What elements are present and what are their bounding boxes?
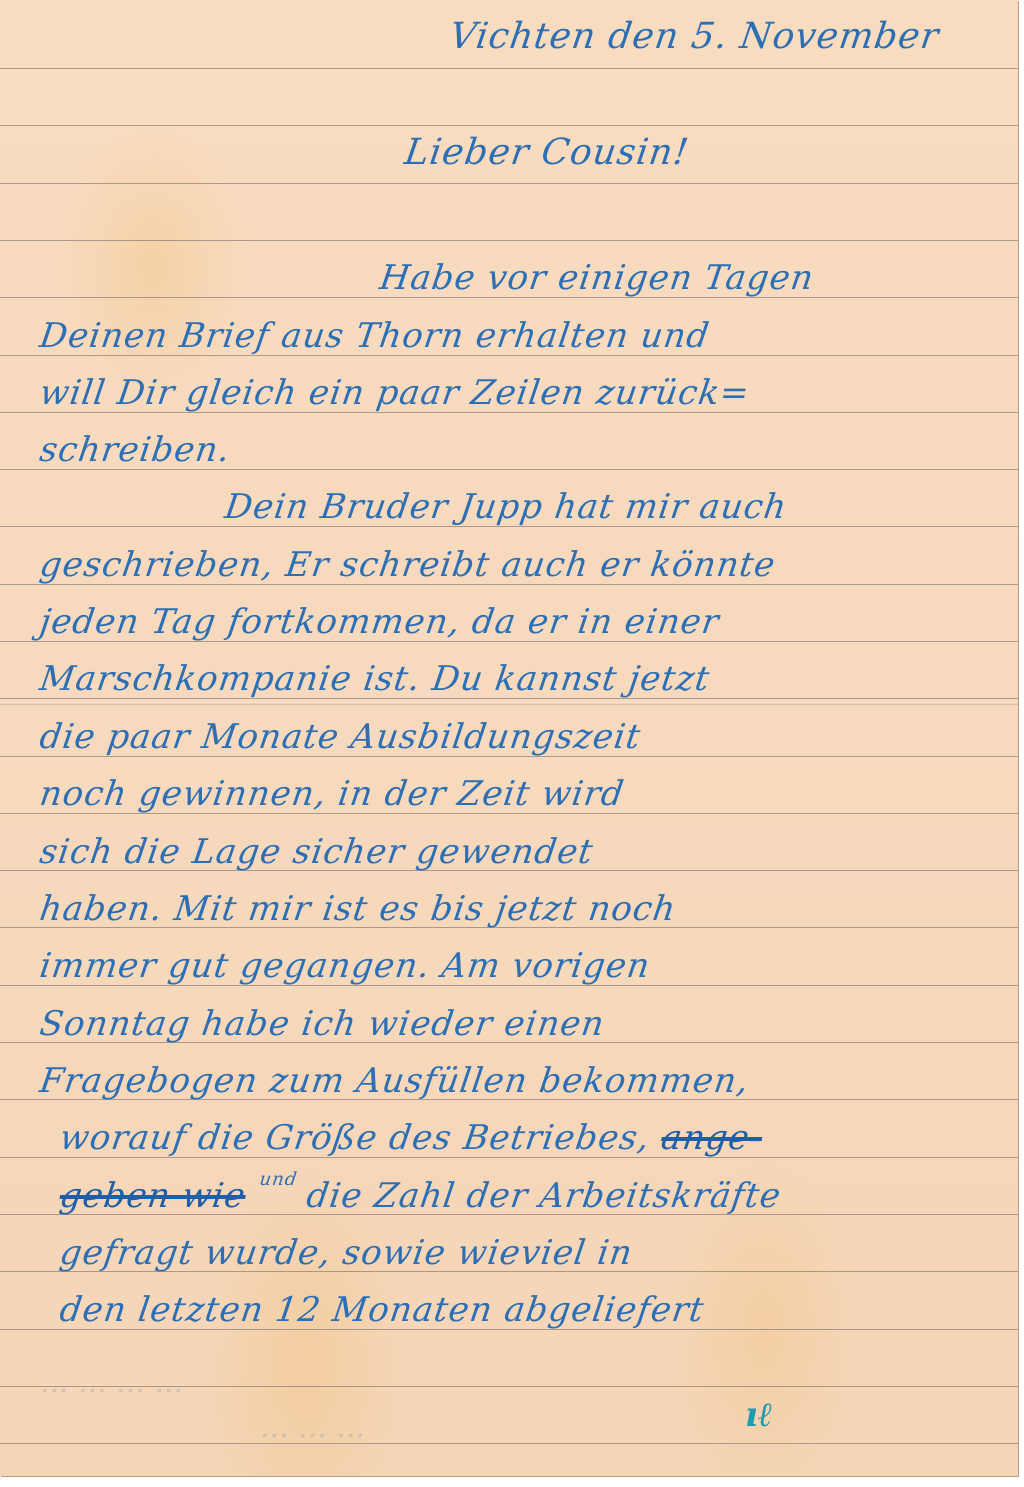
letter-line: will Dir gleich ein paar Zeilen zurück= <box>37 373 752 413</box>
letter-line: haben. Mit mir ist es bis jetzt noch <box>37 889 679 929</box>
rule-line <box>0 240 1018 241</box>
dateline: Vichten den 5. November <box>447 16 942 57</box>
letter-line-with-strike: geben wie und die Zahl der Arbeitskräfte <box>57 1176 784 1216</box>
letter-line: gefragt wurde, sowie wieviel in <box>57 1233 635 1273</box>
letter-line: Habe vor einigen Tagen <box>377 258 816 298</box>
rule-line <box>0 1443 1018 1444</box>
salutation: Lieber Cousin! <box>402 132 692 173</box>
letter-line: sich die Lage sicher gewendet <box>37 832 596 872</box>
margin-mark: ıℓ <box>745 1395 772 1435</box>
paper-fold <box>0 702 1018 705</box>
letter-line: den letzten 12 Monaten abgeliefert <box>57 1290 707 1330</box>
rule-line <box>0 68 1018 69</box>
letter-line: immer gut gegangen. Am vorigen <box>37 946 653 986</box>
letter-line-with-strike: worauf die Größe des Betriebes, ange- <box>57 1118 765 1158</box>
letter-line: schreiben. <box>37 430 233 470</box>
letter-line: Dein Bruder Jupp hat mir auch <box>222 487 789 527</box>
bleed-through-text: ... ... ... ... <box>40 1365 183 1400</box>
letter-text: worauf die Größe des Betriebes, <box>57 1118 652 1158</box>
letter-line: Marschkompanie ist. Du kannst jetzt <box>37 659 712 699</box>
letter-line: Fragebogen zum Ausfüllen bekommen, <box>37 1061 752 1101</box>
struck-text: ange- <box>659 1118 765 1158</box>
bleed-through-text: ... ... ... <box>260 1410 365 1445</box>
letter-text: die Zahl der Arbeitskräfte <box>304 1176 784 1216</box>
letter-page: ... ... ... ... ... ... ... Vichten den … <box>0 0 1018 1476</box>
letter-line: noch gewinnen, in der Zeit wird <box>37 774 627 814</box>
letter-line: die paar Monate Ausbildungszeit <box>37 717 643 757</box>
letter-line: geschrieben, Er schreibt auch er könnte <box>37 545 778 585</box>
struck-text: geben wie <box>57 1176 248 1216</box>
rule-line <box>0 183 1018 184</box>
letter-line: Deinen Brief aus Thorn erhalten und <box>37 316 712 356</box>
letter-line: jeden Tag fortkommen, da er in einer <box>37 602 722 642</box>
rule-line <box>0 125 1018 126</box>
inserted-word: und <box>258 1169 299 1190</box>
letter-line: Sonntag habe ich wieder einen <box>37 1004 607 1044</box>
